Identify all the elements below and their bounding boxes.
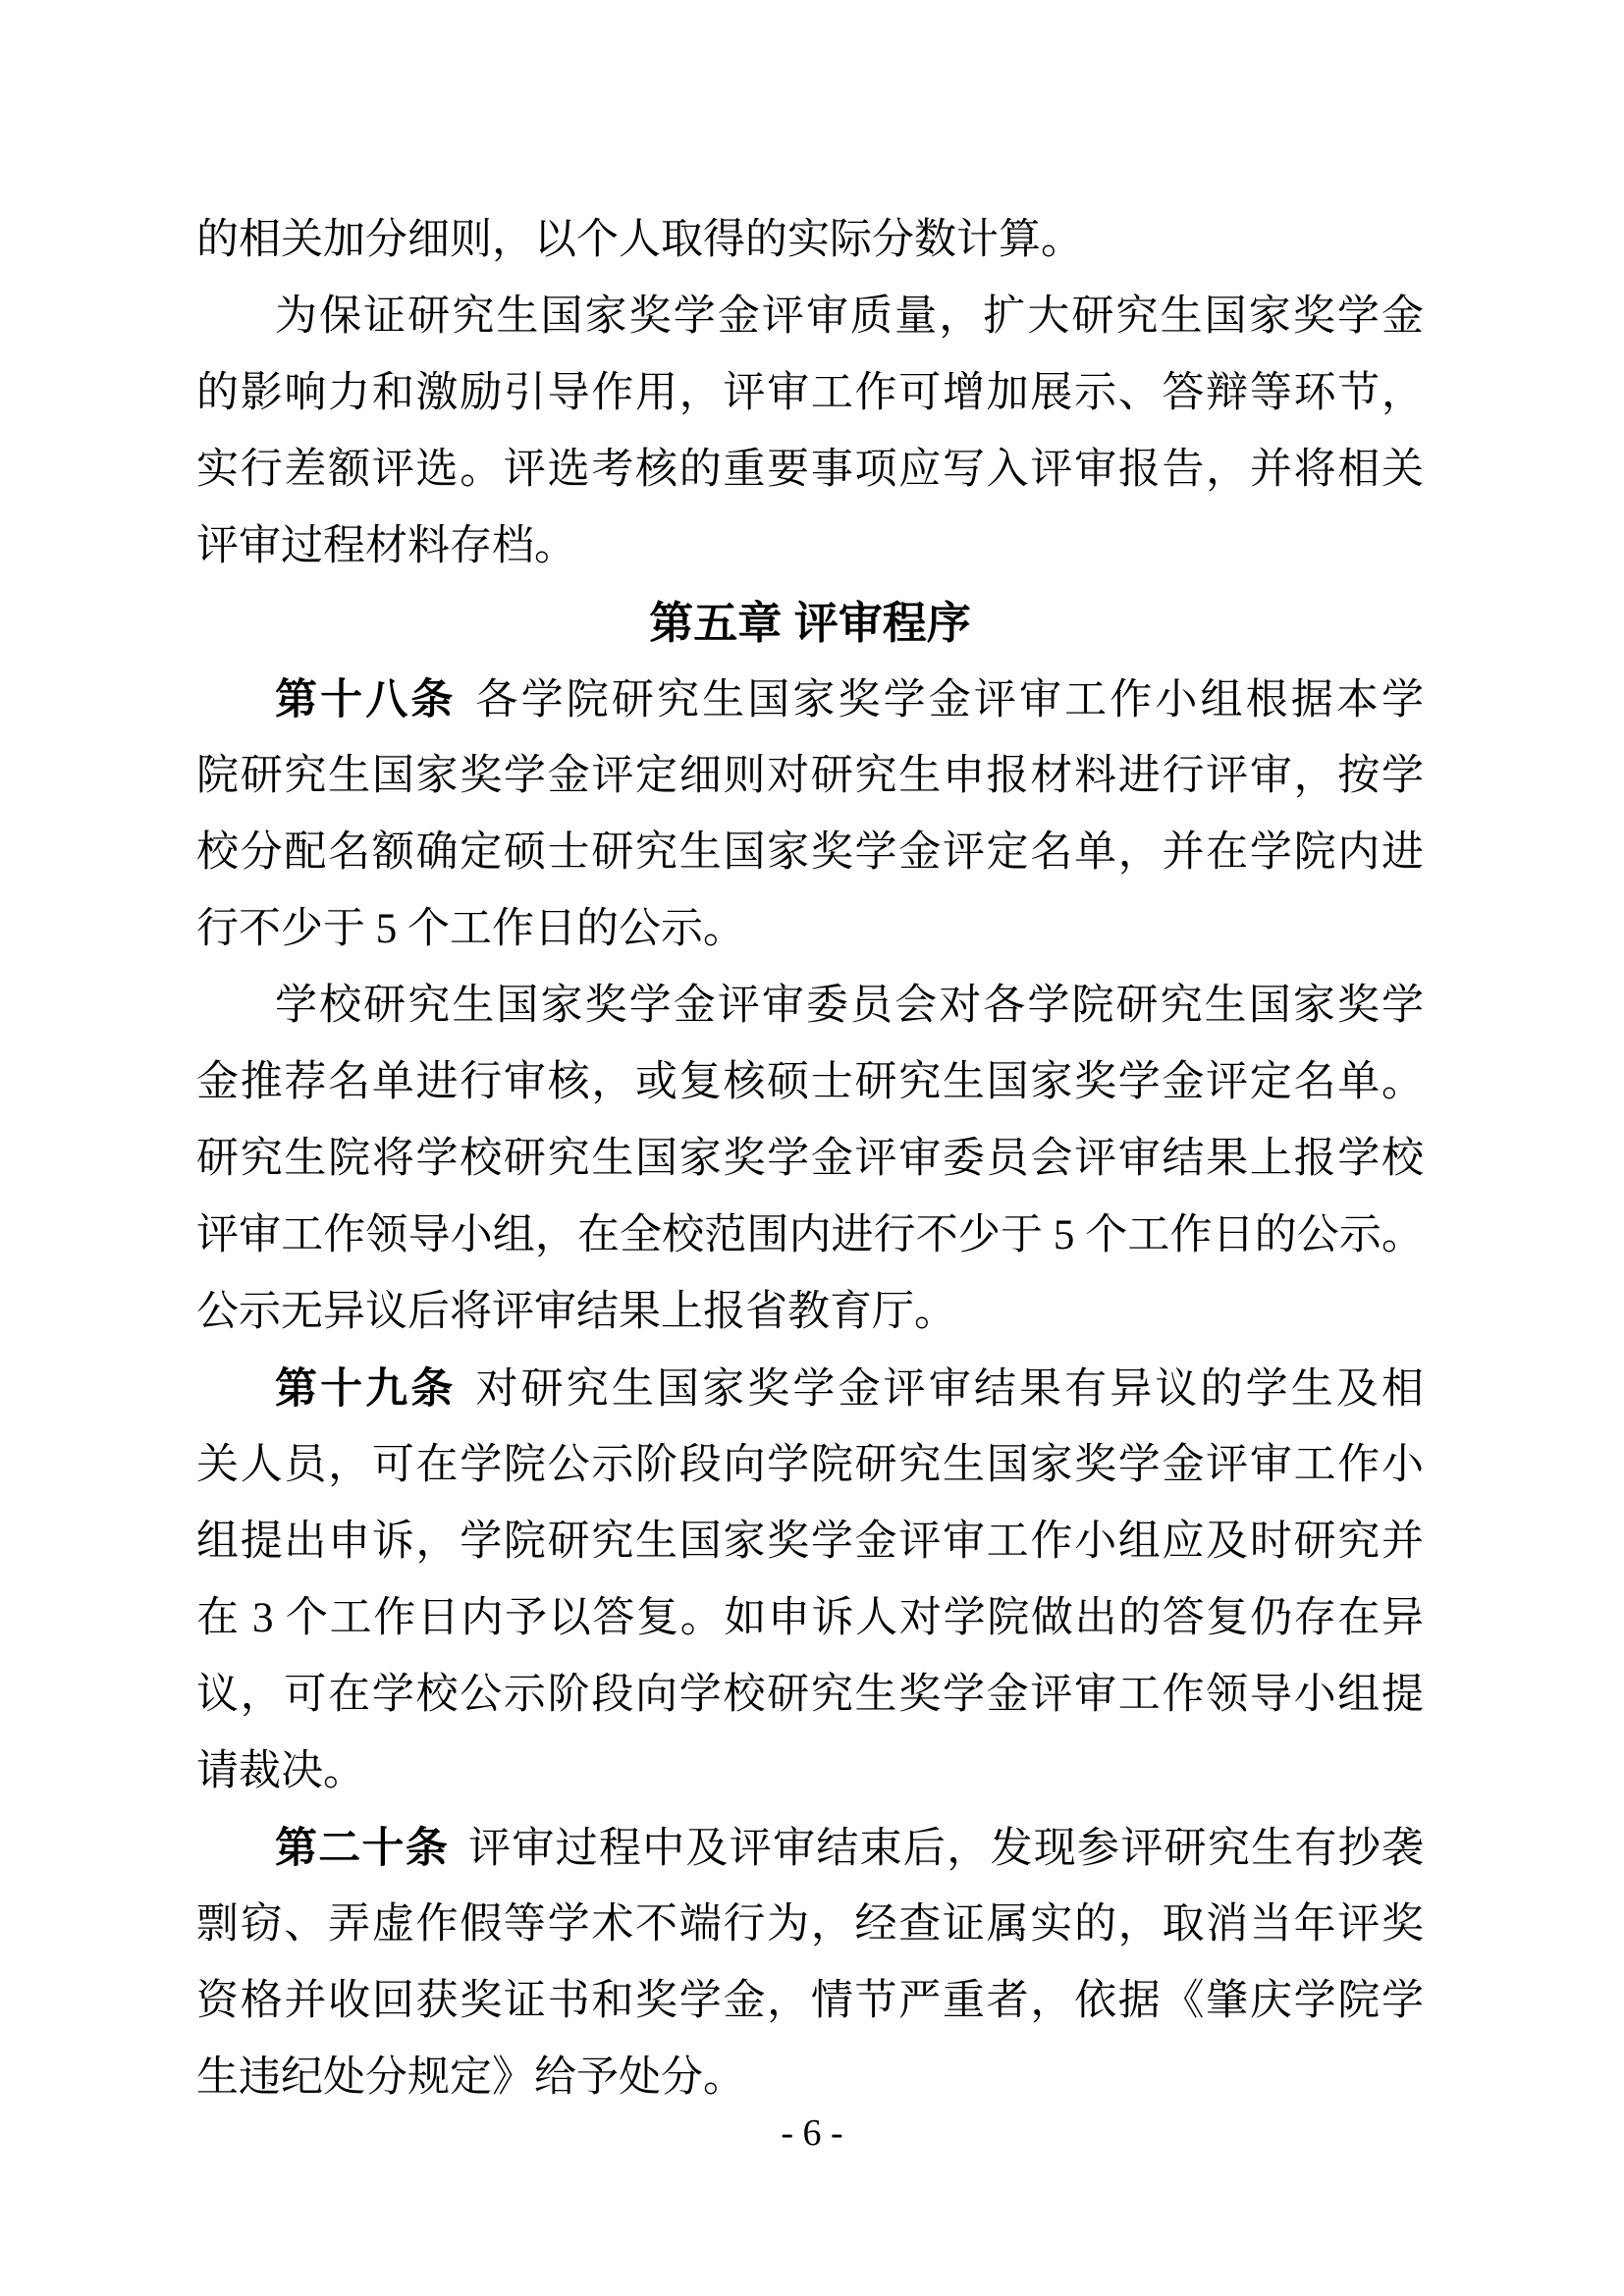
article-number: 第十九条 <box>275 1365 457 1413</box>
text-line: 第十八条各学院研究生国家奖学金评审工作小组根据本学 <box>196 662 1424 738</box>
text-line: 学校研究生国家奖学金评审委员会对各学院研究生国家奖学 <box>196 968 1424 1044</box>
text-line: 组提出申诉，学院研究生国家奖学金评审工作小组应及时研究并 <box>196 1504 1424 1580</box>
text-line: 院研究生国家奖学金评定细则对研究生申报材料进行评审，按学 <box>196 738 1424 815</box>
text-line: 研究生院将学校研究生国家奖学金评审委员会评审结果上报学校 <box>196 1121 1424 1198</box>
text-line: 第十九条对研究生国家奖学金评审结果有异议的学生及相 <box>196 1351 1424 1427</box>
chapter-heading: 第五章 评审程序 <box>196 585 1424 662</box>
text-line: 在 3 个工作日内予以答复。如申诉人对学院做出的答复仍存在异 <box>196 1580 1424 1657</box>
text-line: 剽窃、弄虚作假等学术不端行为，经查证属实的，取消当年评奖 <box>196 1887 1424 1963</box>
text-line: 为保证研究生国家奖学金评审质量，扩大研究生国家奖学金 <box>196 279 1424 355</box>
text-line: 金推荐名单进行审核，或复核硕士研究生国家奖学金评定名单。 <box>196 1044 1424 1121</box>
text-line: 公示无异议后将评审结果上报省教育厅。 <box>196 1274 1424 1351</box>
text-line: 资格并收回获奖证书和奖学金，情节严重者，依据《肇庆学院学 <box>196 1963 1424 2040</box>
text-line: 评审过程材料存档。 <box>196 508 1424 585</box>
text-line: 生违纪处分规定》给予处分。 <box>196 2040 1424 2116</box>
text-line: 关人员，可在学院公示阶段向学院研究生国家奖学金评审工作小 <box>196 1427 1424 1504</box>
text-line: 请裁决。 <box>196 1734 1424 1810</box>
article-text: 对研究生国家奖学金评审结果有异议的学生及相 <box>476 1366 1425 1413</box>
text-line: 评审工作领导小组，在全校范围内进行不少于 5 个工作日的公示。 <box>196 1198 1424 1274</box>
document-body: 的相关加分细则，以个人取得的实际分数计算。 为保证研究生国家奖学金评审质量，扩大… <box>196 202 1424 2116</box>
document-page: 的相关加分细则，以个人取得的实际分数计算。 为保证研究生国家奖学金评审质量，扩大… <box>0 0 1624 2296</box>
article-number: 第二十条 <box>275 1825 449 1872</box>
article-number: 第十八条 <box>275 676 457 723</box>
text-line: 的相关加分细则，以个人取得的实际分数计算。 <box>196 202 1424 279</box>
article-text: 评审过程中及评审结束后，发现参评研究生有抄袭 <box>468 1826 1424 1872</box>
text-line: 校分配名额确定硕士研究生国家奖学金评定名单，并在学院内进 <box>196 815 1424 891</box>
article-text: 各学院研究生国家奖学金评审工作小组根据本学 <box>476 677 1425 723</box>
text-line: 议，可在学校公示阶段向学校研究生奖学金评审工作领导小组提 <box>196 1657 1424 1734</box>
text-line: 行不少于 5 个工作日的公示。 <box>196 891 1424 968</box>
text-line: 实行差额评选。评选考核的重要事项应写入评审报告，并将相关 <box>196 432 1424 508</box>
text-line: 的影响力和激励引导作用，评审工作可增加展示、答辩等环节， <box>196 355 1424 432</box>
page-number: - 6 - <box>0 2109 1624 2158</box>
text-line: 第二十条评审过程中及评审结束后，发现参评研究生有抄袭 <box>196 1810 1424 1887</box>
